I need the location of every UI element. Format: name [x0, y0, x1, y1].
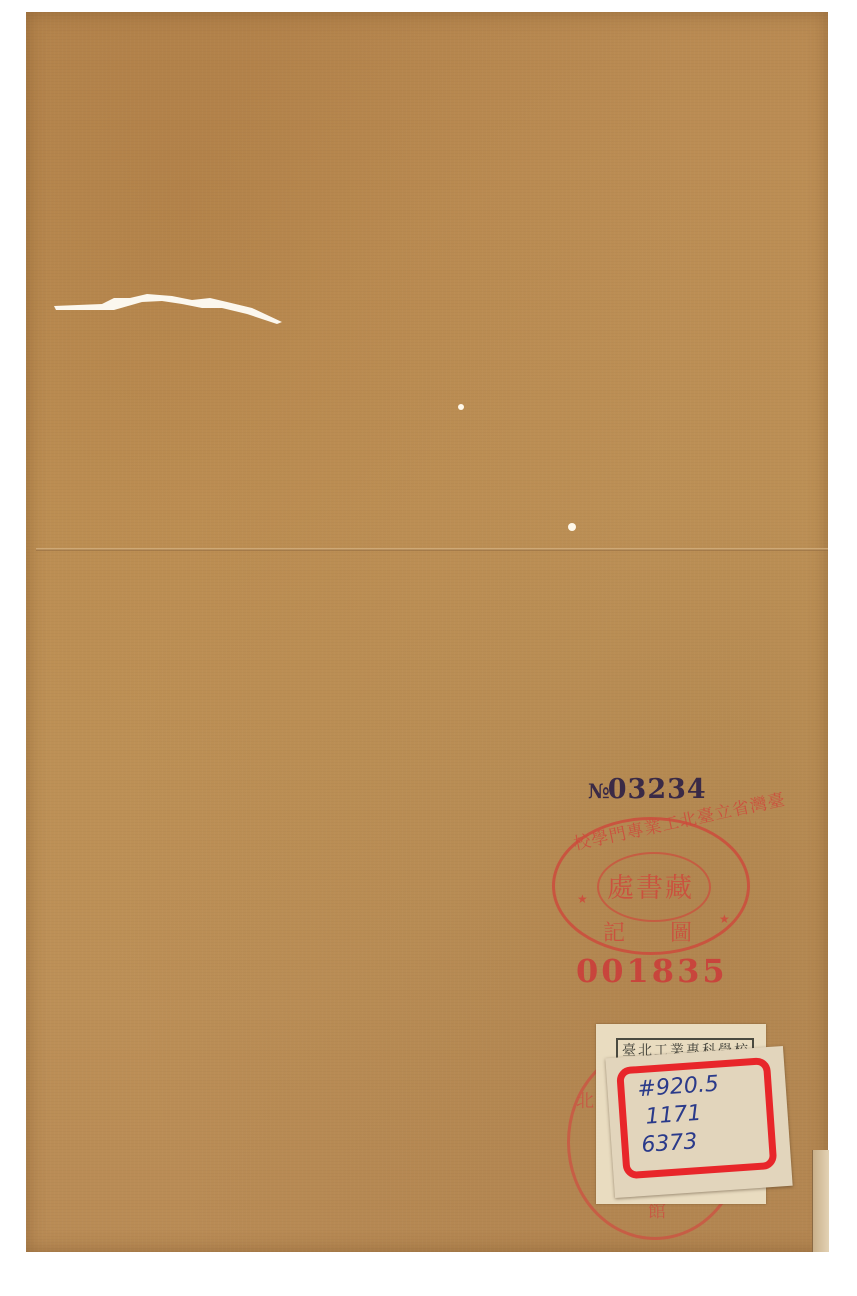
serial-number: 001835: [576, 952, 728, 990]
star-icon: ★: [577, 892, 588, 906]
call-number: #920.5 1171 6373: [637, 1071, 724, 1160]
oval-stamp-bottom-right: 圖: [670, 921, 692, 946]
fold-crease: [36, 548, 828, 551]
call-number-class: #920.5: [637, 1071, 720, 1105]
round-stamp-fragment: 北: [576, 1087, 594, 1113]
paper-hole-speck: [458, 404, 464, 410]
oval-stamp-bottom-text: 記 圖: [603, 916, 692, 947]
torn-edge-flap: [812, 1150, 829, 1252]
oval-stamp-bottom-left: 記: [603, 921, 625, 946]
star-icon: ★: [719, 912, 730, 926]
oval-stamp-center-text: 處書藏: [607, 866, 694, 905]
paper-hole-speck: [568, 523, 576, 531]
call-number-label: #920.5 1171 6373: [605, 1046, 792, 1198]
paper-tear-mark: [52, 286, 287, 326]
call-number-item: 6373: [641, 1126, 724, 1160]
number-symbol: №: [588, 779, 608, 803]
accession-number: №03234: [588, 774, 707, 805]
accession-number-value: 03234: [608, 774, 707, 805]
library-oval-stamp: 校學門專業工北臺立省灣臺 處書藏 記 圖 ★ ★: [552, 817, 750, 955]
